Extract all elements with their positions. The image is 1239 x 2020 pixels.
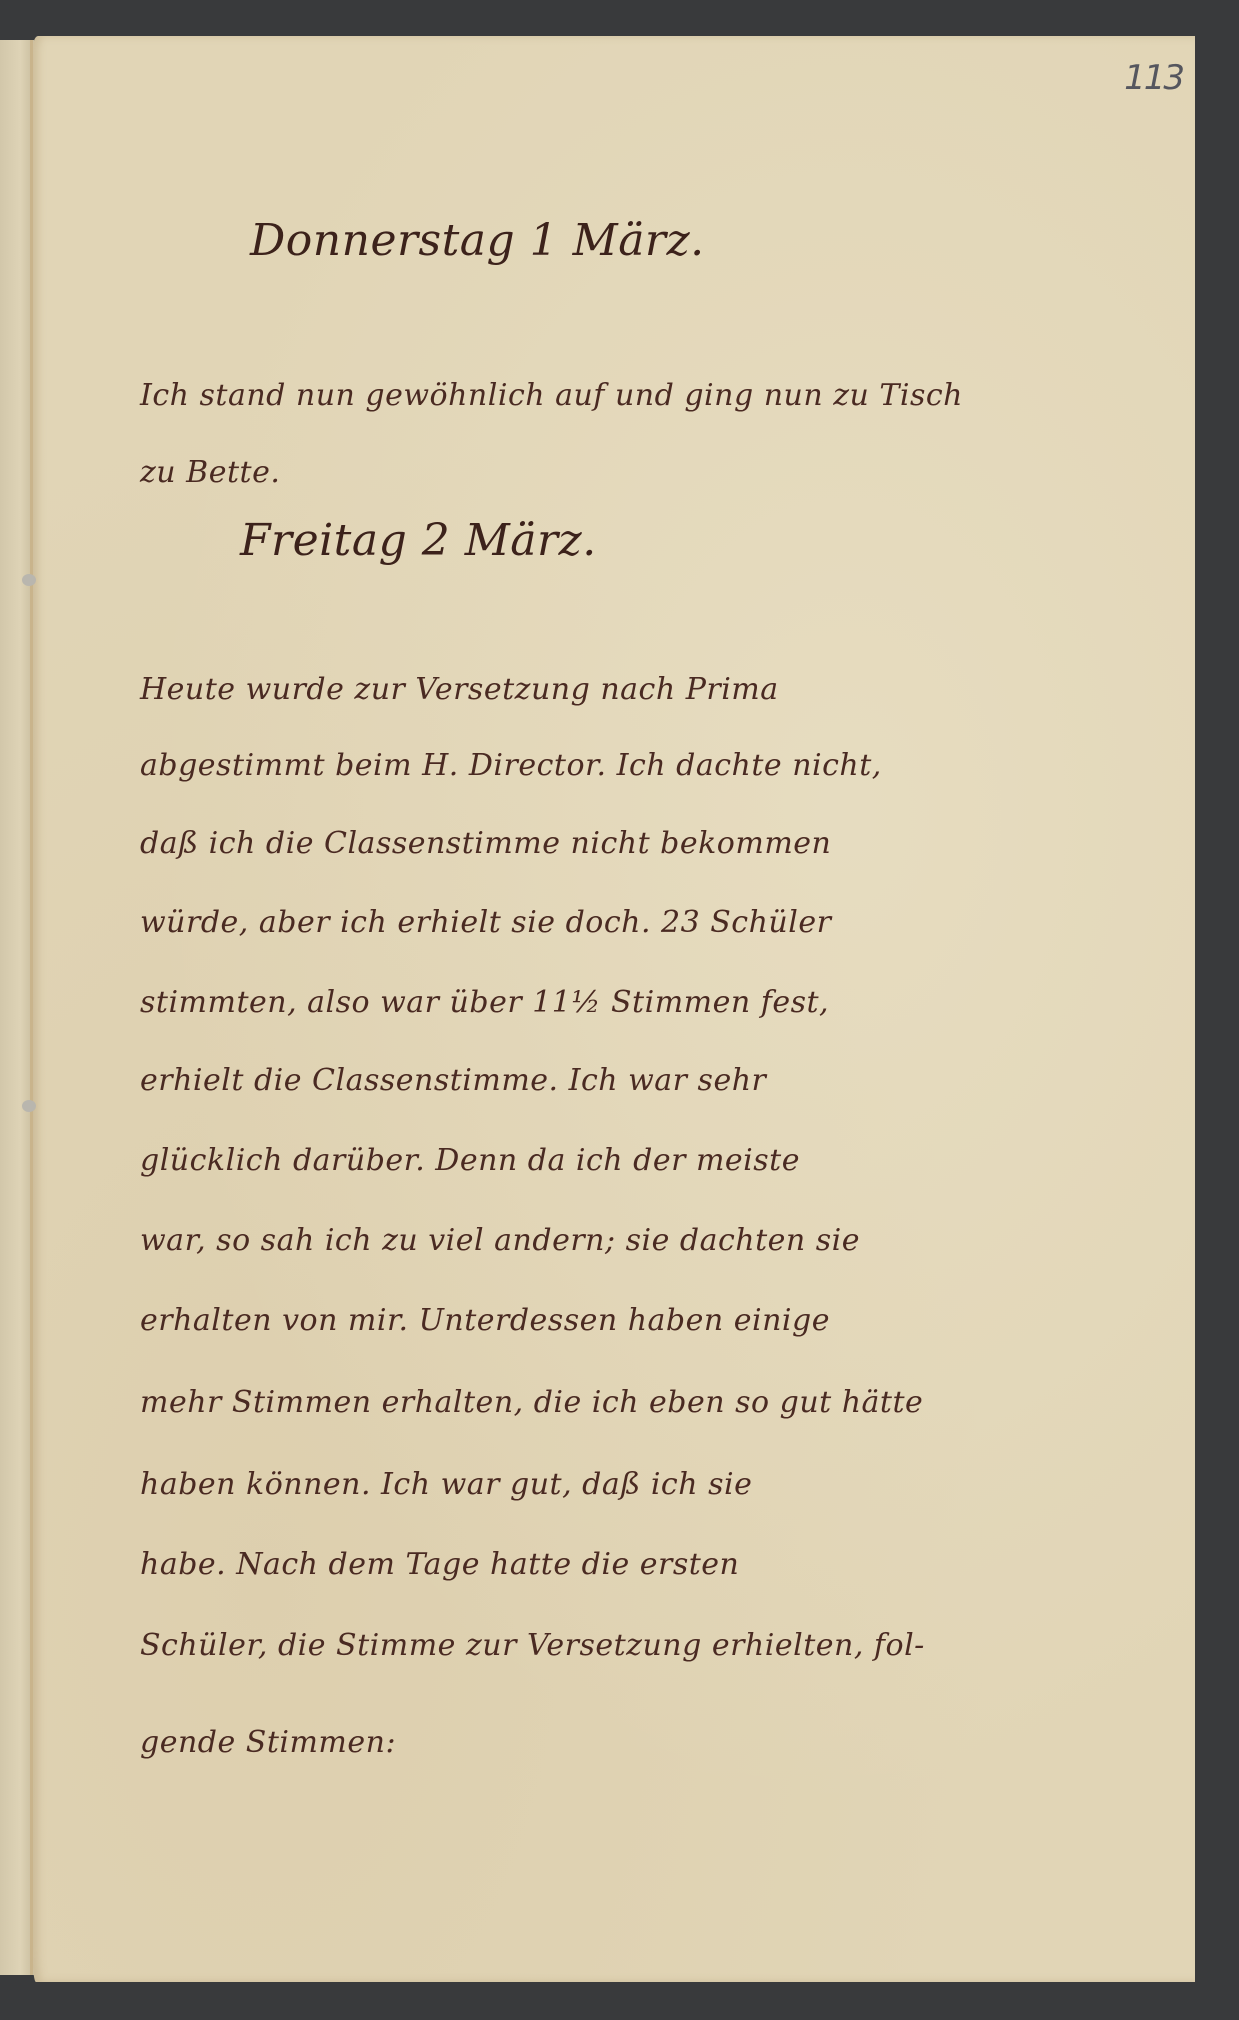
previous-page-edge: [0, 40, 34, 1975]
text-line: abgestimmt beim H. Director. Ich dachte …: [140, 748, 882, 783]
text-line: würde, aber ich erhielt sie doch. 23 Sch…: [140, 905, 831, 940]
entry-heading: Donnerstag 1 März.: [250, 215, 705, 266]
text-line: erhalten von mir. Unterdessen haben eini…: [140, 1303, 830, 1338]
text-line: Heute wurde zur Versetzung nach Prima: [140, 672, 779, 707]
text-line: glücklich darüber. Denn da ich der meist…: [140, 1143, 800, 1178]
folio-number: 113: [1124, 58, 1183, 98]
text-line: stimmten, also war über 11½ Stimmen fest…: [140, 985, 829, 1020]
text-line: mehr Stimmen erhalten, die ich eben so g…: [140, 1385, 923, 1420]
text-line: Schüler, die Stimme zur Versetzung erhie…: [140, 1628, 925, 1663]
binding-stitch-icon: [22, 574, 36, 586]
text-line: daß ich die Classenstimme nicht bekommen: [140, 826, 831, 861]
text-line: habe. Nach dem Tage hatte die ersten: [140, 1547, 739, 1582]
text-line: erhielt die Classenstimme. Ich war sehr: [140, 1063, 766, 1098]
text-line: Ich stand nun gewöhnlich auf und ging nu…: [140, 378, 963, 413]
entry-heading: Freitag 2 März.: [240, 515, 597, 566]
text-line: haben können. Ich war gut, daß ich sie: [140, 1467, 752, 1502]
text-line: zu Bette.: [140, 455, 280, 490]
binding-stitch-icon: [22, 1100, 36, 1112]
text-line: gende Stimmen:: [140, 1725, 396, 1760]
text-line: war, so sah ich zu viel andern; sie dach…: [140, 1223, 860, 1258]
binding-fold: [30, 40, 33, 1975]
